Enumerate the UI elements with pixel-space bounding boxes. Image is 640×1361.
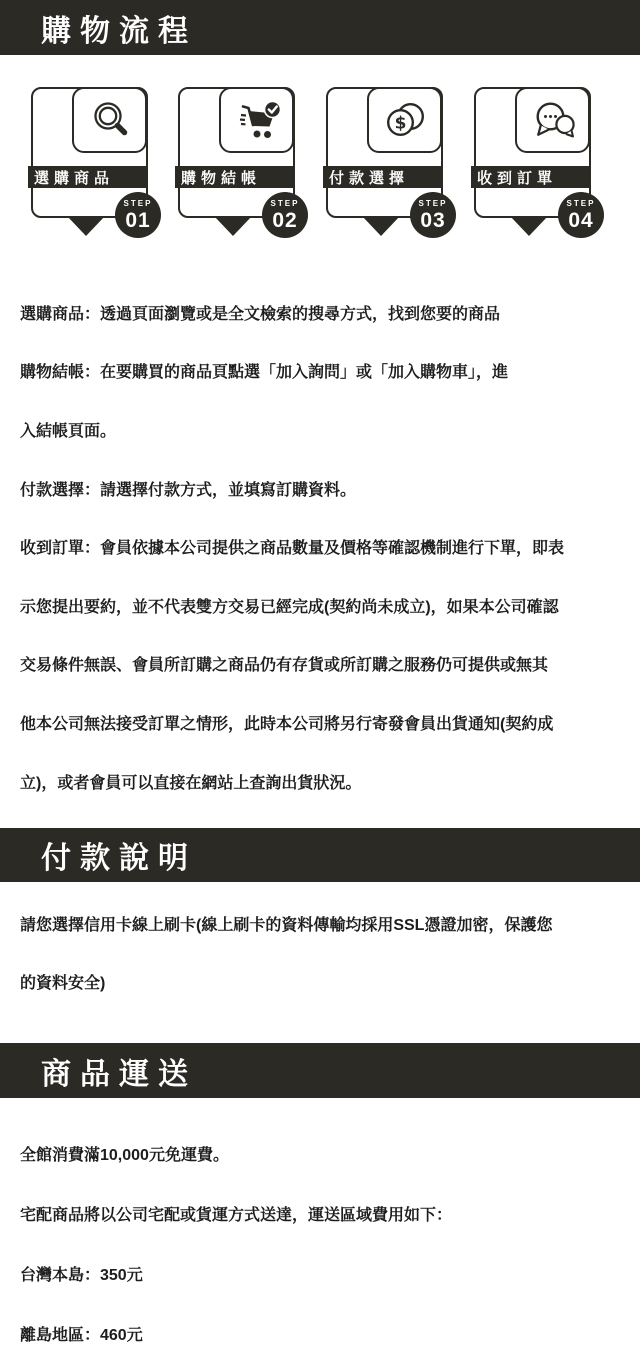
section-header-payment: 付款說明 [0, 828, 640, 882]
step-label-band: 購物結帳 [175, 166, 293, 188]
step-card-4: 收到訂單 STEP 04 [474, 87, 591, 242]
text-line: 全館消費滿10,000元免運費。 [20, 1123, 634, 1183]
text-line: 他本公司無法接受訂單之情形，此時本公司將另行寄發會員出貨通知(契約成 [20, 693, 634, 752]
step-badge: STEP 02 [262, 192, 308, 238]
section-header-shipping: 商品運送 [0, 1043, 640, 1098]
text-line: 台灣本島：350元 [20, 1243, 634, 1303]
text-line: 離島地區：460元 [20, 1303, 634, 1361]
step-word: STEP [567, 200, 596, 208]
cart-check-icon [231, 98, 283, 142]
text-line: 收到訂單：會員依據本公司提供之商品數量及價格等確認機制進行下單，即表 [20, 517, 634, 576]
step-card-1: 選購商品 STEP 01 [31, 87, 148, 242]
text-line: 立)，或者會員可以直接在網站上查詢出貨狀況。 [20, 752, 634, 811]
payment-description: 請您選擇信用卡線上刷卡(線上刷卡的資料傳輸均採用SSL憑證加密，保護您 的資料安… [20, 894, 634, 1011]
step-badge: STEP 04 [558, 192, 604, 238]
section-header-shopping-flow: 購物流程 [0, 0, 640, 55]
step-word: STEP [271, 200, 300, 208]
text-line: 的資料安全) [20, 953, 634, 1012]
step-number: 01 [125, 210, 150, 231]
chat-bubbles-icon [527, 98, 579, 142]
step-icon-box: $ [367, 87, 442, 153]
text-line: 入結帳頁面。 [20, 400, 634, 459]
section-title-payment: 付款說明 [0, 833, 197, 877]
section-title-shopping-flow: 購物流程 [0, 6, 197, 50]
text-line: 宅配商品將以公司宅配或貨運方式送達，運送區域費用如下： [20, 1183, 634, 1243]
step-label-band: 選購商品 [28, 166, 146, 188]
text-line: 選購商品：透過頁面瀏覽或是全文檢索的搜尋方式，找到您要的商品 [20, 283, 634, 342]
shopping-flow-description: 選購商品：透過頁面瀏覽或是全文檢索的搜尋方式，找到您要的商品 購物結帳：在要購買… [20, 283, 634, 810]
step-label-band: 付款選擇 [323, 166, 441, 188]
step-number: 03 [420, 210, 445, 231]
text-line: 交易條件無誤、會員所訂購之商品仍有存貨或所訂購之服務仍可提供或無其 [20, 635, 634, 694]
svg-text:$: $ [394, 114, 406, 134]
step-badge: STEP 01 [115, 192, 161, 238]
step-label-band: 收到訂單 [471, 166, 589, 188]
down-arrow-icon [67, 216, 105, 236]
step-label: 付款選擇 [323, 167, 409, 188]
step-icon-box [515, 87, 590, 153]
step-word: STEP [419, 200, 448, 208]
step-label: 選購商品 [28, 167, 114, 188]
coins-icon: $ [379, 98, 431, 142]
step-label: 購物結帳 [175, 167, 261, 188]
step-number: 02 [272, 210, 297, 231]
down-arrow-icon [362, 216, 400, 236]
step-icon-box [72, 87, 147, 153]
step-label: 收到訂單 [471, 167, 557, 188]
step-icon-box [219, 87, 294, 153]
down-arrow-icon [214, 216, 252, 236]
step-card-3: $ 付款選擇 STEP 03 [326, 87, 443, 242]
text-line: 示您提出要約，並不代表雙方交易已經完成(契約尚未成立)，如果本公司確認 [20, 576, 634, 635]
step-word: STEP [124, 200, 153, 208]
step-card-2: 購物結帳 STEP 02 [178, 87, 295, 242]
section-title-shipping: 商品運送 [0, 1049, 197, 1093]
shipping-description: 全館消費滿10,000元免運費。 宅配商品將以公司宅配或貨運方式送達，運送區域費… [20, 1123, 634, 1361]
step-number: 04 [568, 210, 593, 231]
shopping-info-page: 購物流程 選購商品 STEP 01 [0, 0, 640, 1361]
search-icon [84, 98, 136, 142]
down-arrow-icon [510, 216, 548, 236]
text-line: 請您選擇信用卡線上刷卡(線上刷卡的資料傳輸均採用SSL憑證加密，保護您 [20, 894, 634, 953]
step-badge: STEP 03 [410, 192, 456, 238]
text-line: 購物結帳：在要購買的商品頁點選「加入詢問」或「加入購物車」，進 [20, 342, 634, 401]
text-line: 付款選擇：請選擇付款方式，並填寫訂購資料。 [20, 459, 634, 518]
